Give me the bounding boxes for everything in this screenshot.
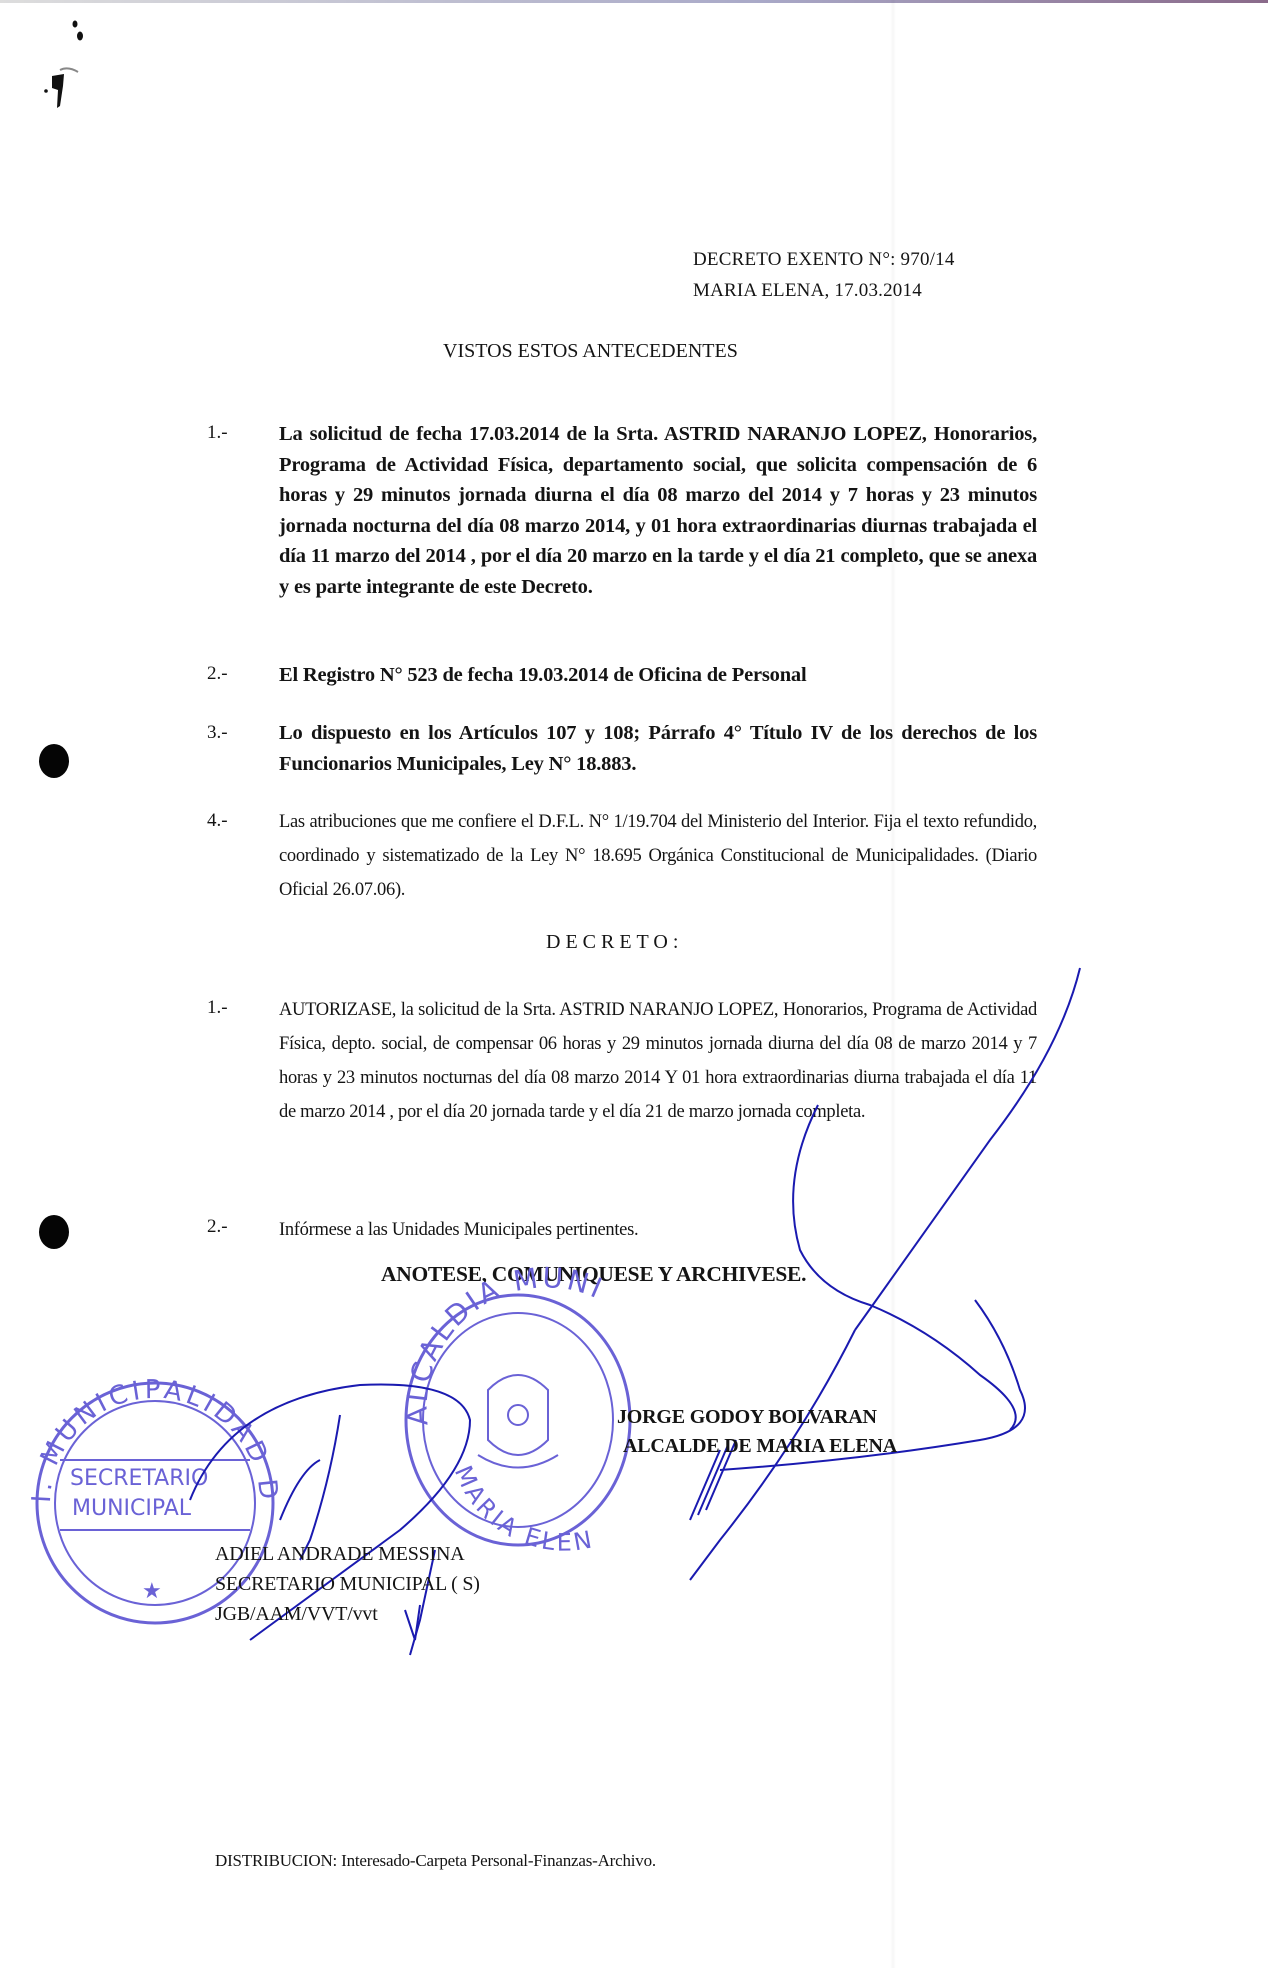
mayor-stamp-top-text: ALCALDIA MUNICIPAL (0, 0, 609, 1426)
mayor-name: JORGE GODOY BOLVARAN (617, 1406, 877, 1429)
secretary-title: SECRETARIO MUNICIPAL ( S) (215, 1573, 480, 1596)
reference-initials: JGB/AAM/VVT/vvt (215, 1603, 378, 1626)
distribution-line: DISTRIBUCION: Interesado-Carpeta Persona… (215, 1851, 656, 1871)
secretary-stamp-line-2: MUNICIPAL (72, 1496, 192, 1521)
svg-text:I. MUNICIPALIDAD DE MARIA ELEN: I. MUNICIPALIDAD DE MARIA ELENA (0, 0, 284, 1505)
stamps-and-signatures: I. MUNICIPALIDAD DE MARIA ELENA SECRETAR… (0, 0, 1268, 1968)
mayor-signature-icon (690, 968, 1080, 1580)
svg-text:★: ★ (142, 1579, 162, 1604)
secretary-stamp-line-1: SECRETARIO (70, 1466, 208, 1491)
secretary-stamp-ring-text: I. MUNICIPALIDAD DE MARIA ELENA (0, 0, 284, 1505)
mayor-title: ALCALDE DE MARIA ELENA (623, 1435, 897, 1458)
mayor-stamp-bottom-text: MARIA ELENA (0, 0, 597, 1557)
svg-text:MARIA ELENA: MARIA ELENA (0, 0, 597, 1557)
svg-text:ALCALDIA MUNICIPAL: ALCALDIA MUNICIPAL (0, 0, 609, 1426)
secretary-name: ADIEL ANDRADE MESSINA (215, 1543, 465, 1566)
